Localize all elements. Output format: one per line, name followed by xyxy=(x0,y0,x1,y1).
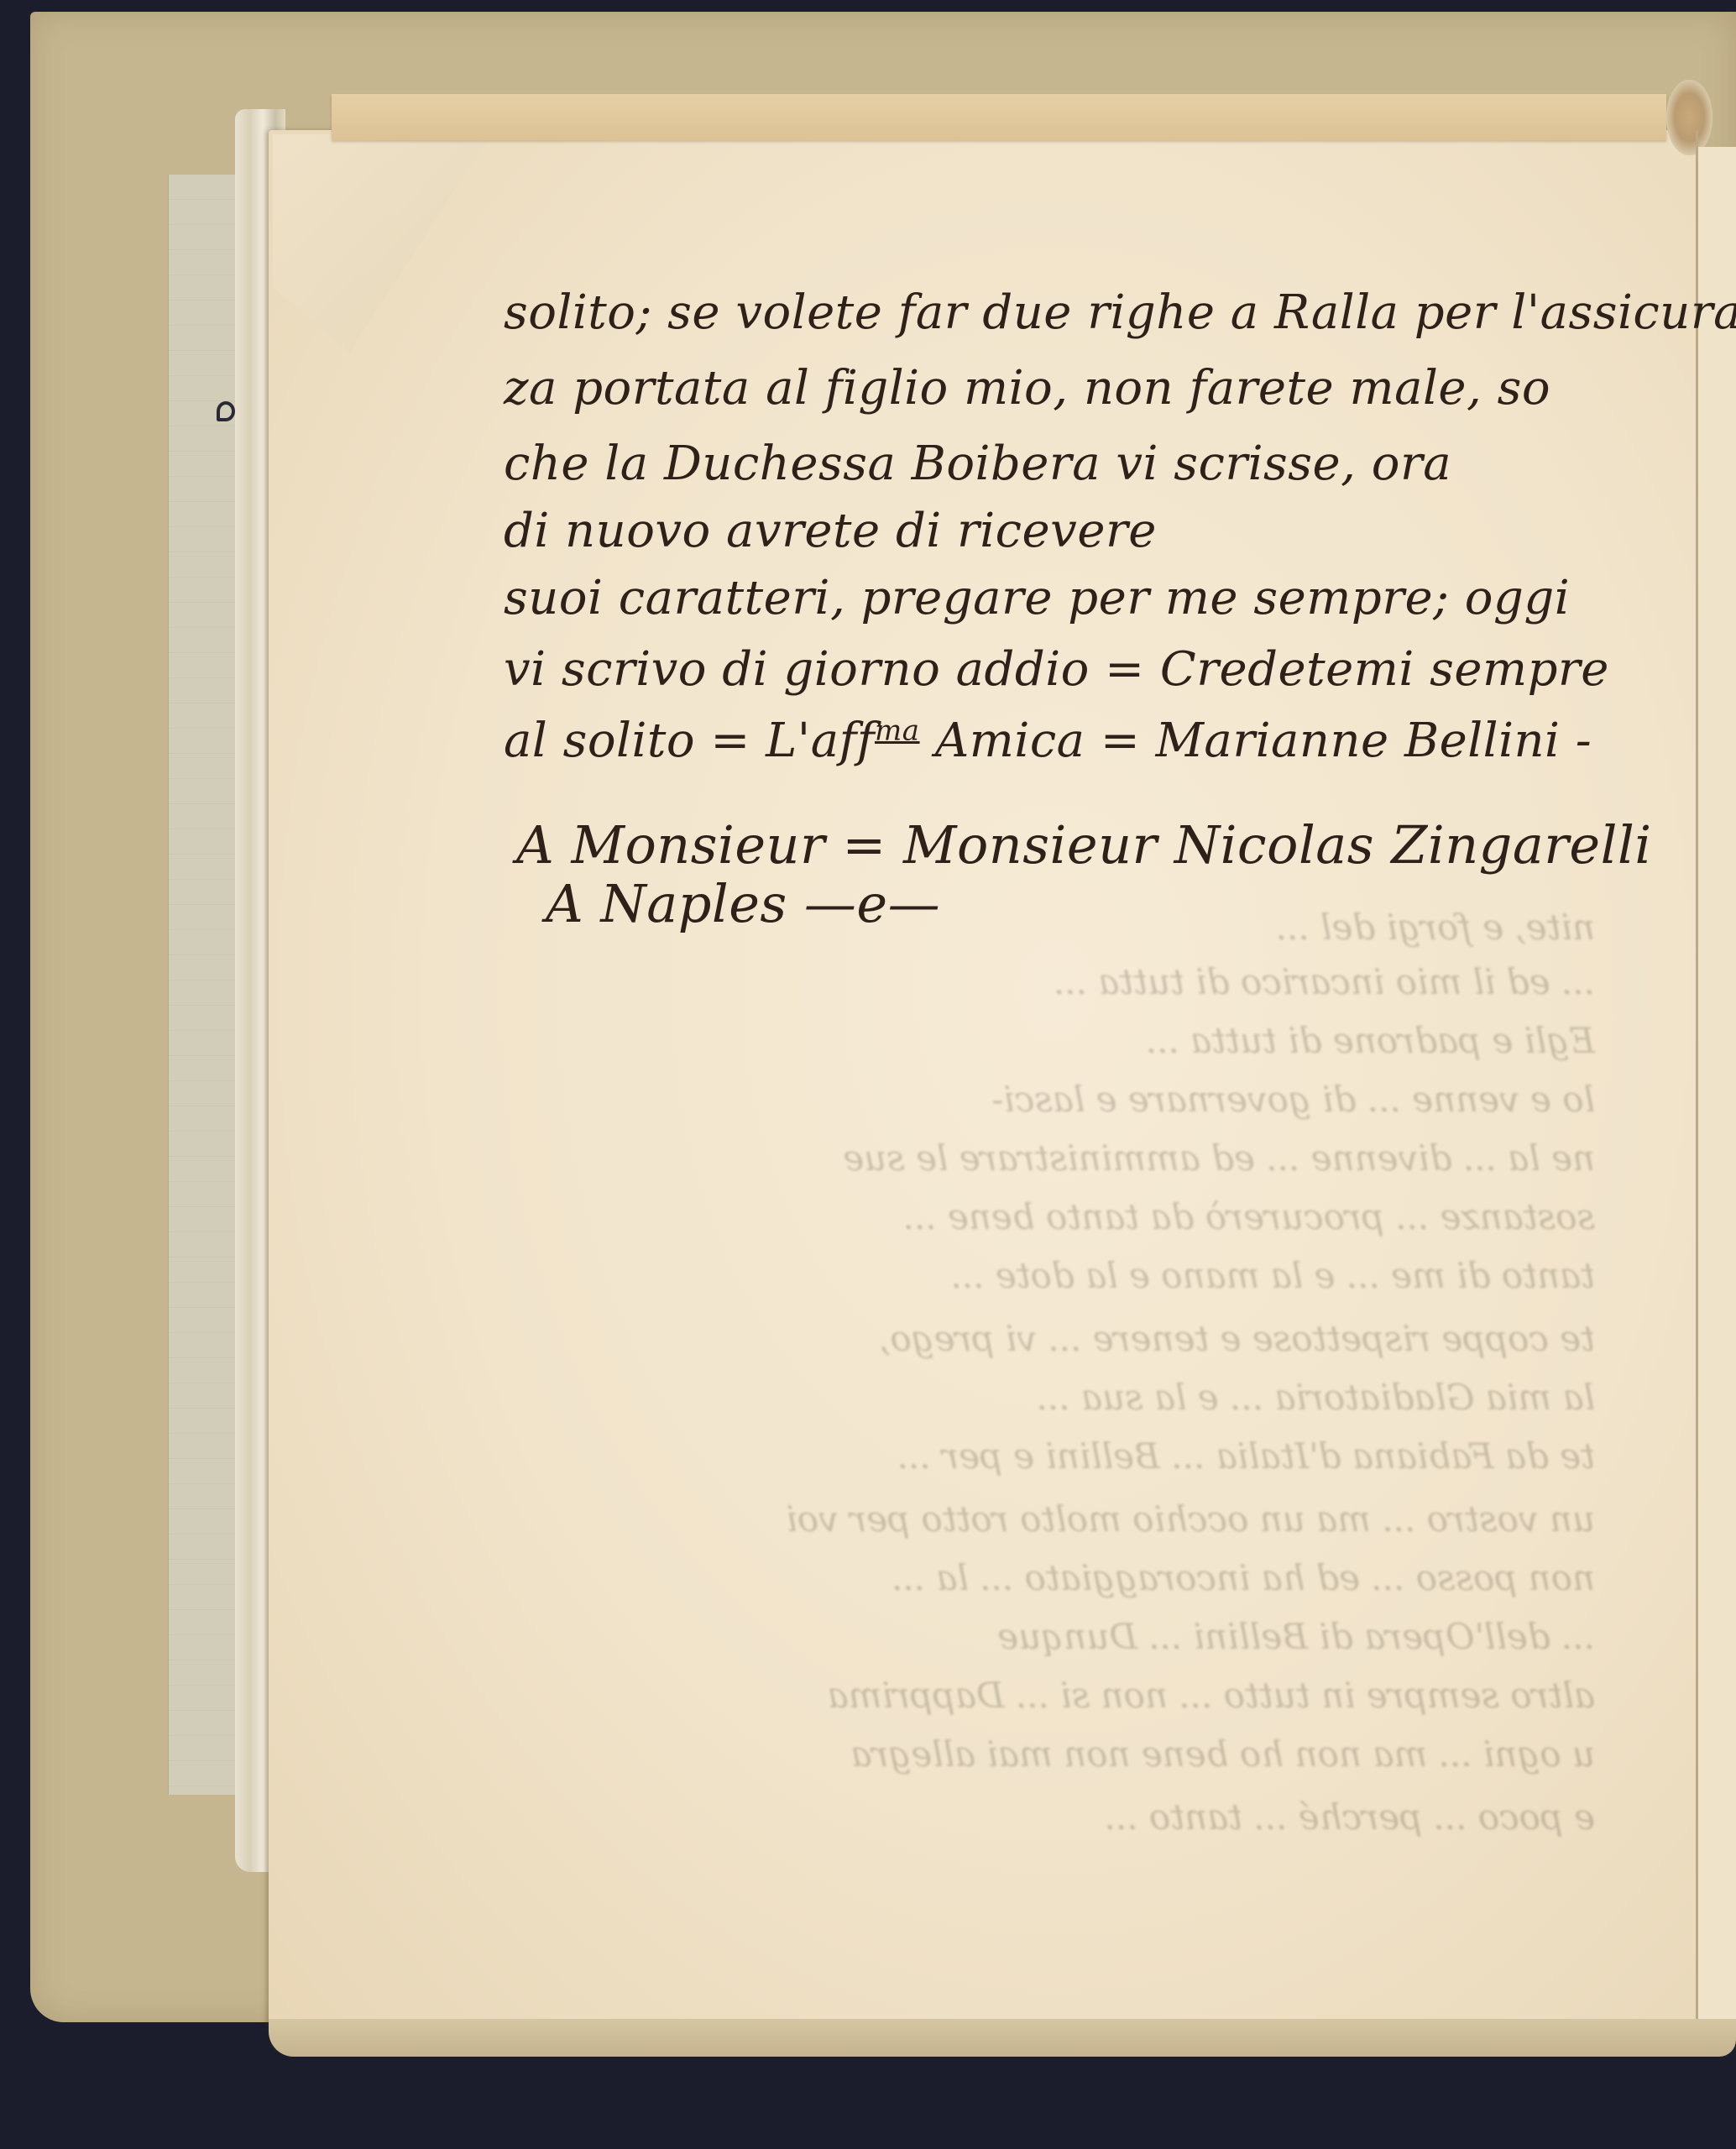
letter-line: di nuovo avrete di ricevere xyxy=(504,504,1157,558)
letter-line: che la Duchessa Boibera vi scrisse, ora xyxy=(504,437,1451,491)
letter-line: suoi caratteri, pregare per me sempre; o… xyxy=(504,571,1570,625)
bleed-through-line: la mia Gladiatoria ... e la sua ... xyxy=(420,1377,1595,1418)
adjacent-page-edge xyxy=(1698,147,1736,2031)
binding-thread xyxy=(1666,80,1712,155)
closing-text: al solito = L'aff xyxy=(504,714,875,768)
bleed-through-line: te da Fabiana d'Italia ... Bellini e per… xyxy=(420,1435,1595,1477)
bleed-through-line: non posso ... ed ha incoraggiato ... la … xyxy=(420,1557,1595,1598)
bleed-through-line: ... ed il mio incarico di tutta ... xyxy=(420,961,1595,1002)
closing-signature: Amica = Marianne Bellini - xyxy=(920,714,1592,768)
bleed-through-line: te coppe rispettose e tenere ... vi preg… xyxy=(420,1318,1595,1359)
address-line-2: A Naples —e— xyxy=(546,873,940,934)
tape-strip xyxy=(332,94,1666,140)
address-line-1: A Monsieur = Monsieur Nicolas Zingarelli xyxy=(516,814,1652,876)
bleed-through-line: altro sempre in tutto ... non si ... Dap… xyxy=(420,1675,1595,1716)
bleed-through-line: lo e venne ... di governare e lasci- xyxy=(420,1079,1595,1120)
bleed-through-line: Egli e padrone di tutta ... xyxy=(420,1020,1595,1061)
bleed-through-line: un vostro ... ma un occhio molto rotto p… xyxy=(420,1498,1595,1540)
bleed-through-line: ne la ... divenne ... ed amministrare le… xyxy=(420,1137,1595,1179)
closing-superscript: ma xyxy=(875,714,920,747)
bleed-through-line: tanto di me ... e la mano e la dote ... xyxy=(420,1255,1595,1296)
letter-line: solito; se volete far due righe a Ralla … xyxy=(504,285,1736,340)
bleed-through-line: u ogni ... ma non ho bene non mai allegr… xyxy=(420,1733,1595,1775)
ink-mark xyxy=(217,401,235,421)
bleed-through-line: ... dell'Opera di Bellini ... Dunque xyxy=(420,1616,1595,1657)
bleed-through-line: sostanze ... procurerò da tanto bene ... xyxy=(420,1196,1595,1237)
letter-closing: al solito = L'affma Amica = Marianne Bel… xyxy=(504,714,1592,768)
page-bottom-curl xyxy=(269,2019,1736,2057)
bleed-through-line: e poco ... perché ... tanto ... xyxy=(420,1796,1595,1838)
letter-line: za portata al figlio mio, non farete mal… xyxy=(504,361,1550,416)
letter-line: vi scrivo di giorno addio = Credetemi se… xyxy=(504,642,1609,697)
